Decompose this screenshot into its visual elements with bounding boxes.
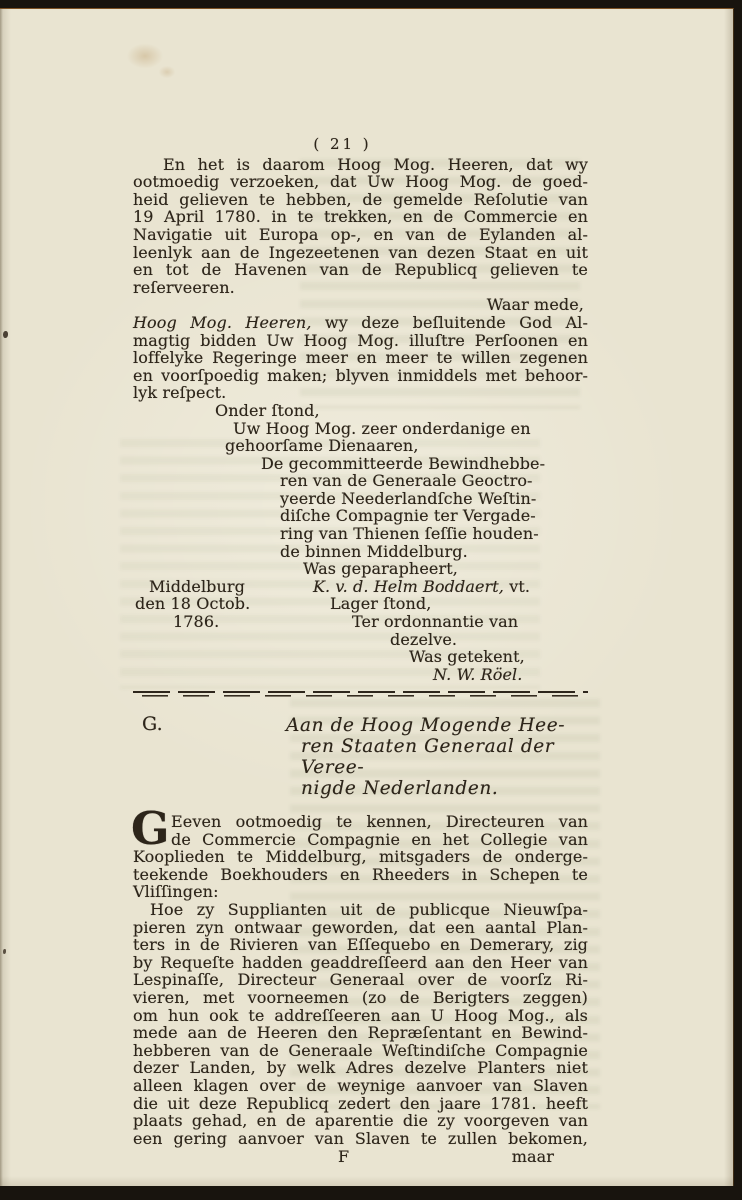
scanned-page: ( 21 ) En het is daarom Hoog Mog. Heeren… <box>0 0 742 1200</box>
text-line: Kooplieden te Middelburg, mitsgaders de … <box>133 848 588 866</box>
text-line: De gecommitteerde Bewindhebbe- <box>261 455 588 473</box>
text-line: heid gelieven te hebben, de gemelde Reſo… <box>133 191 588 209</box>
paragraph-blessing: Hoog Mog. Heeren, wy deze beſluitende Go… <box>133 314 588 402</box>
text-line: en tot de Havenen van de Republicq gelie… <box>133 261 588 279</box>
text-line: de Commercie Compagnie en het Collegie v… <box>133 831 588 849</box>
signatory-name: N. W. Röel. <box>133 666 588 684</box>
section-divider <box>133 691 588 709</box>
text-line: reſerveeren. <box>133 279 588 297</box>
text-line: plaats gehad, en de aparentie die zy voo… <box>133 1112 588 1130</box>
closing-line: gehoorſame Dienaaren, <box>133 437 588 455</box>
closing-phrase: Was getekent, <box>133 648 588 666</box>
text-line: Vliſſingen: <box>133 883 588 901</box>
text-line: 19 April 1780. in te trekken, en de Comm… <box>133 208 588 226</box>
text-line: by Requeſte hadden geaddreſſeerd aan den… <box>133 954 588 972</box>
signature-row: den 18 Octob.Lager ſtond, <box>133 595 588 613</box>
text-line: vieren, met voorneemen (zo de Berigters … <box>133 989 588 1007</box>
text-line: alleen klagen over de weynige aanvoer va… <box>133 1077 588 1095</box>
text-line: hebberen van de Generaale Weſtindiſche C… <box>133 1042 588 1060</box>
text-line: Lespinaſſe, Directeur Generaal over de v… <box>133 971 588 989</box>
signatory-name: K. v. d. Helm Boddaert, <box>313 577 504 596</box>
heading-line: nigde Nederlanden. <box>301 778 588 799</box>
closing-phrase: Was geparapheert, <box>133 560 588 578</box>
signature-mark: F <box>133 1148 349 1166</box>
text-line: lyk reſpect. <box>133 384 588 402</box>
dateline-place: Middelburg <box>133 578 313 596</box>
paper-sheet: ( 21 ) En het is daarom Hoog Mog. Heeren… <box>0 8 734 1186</box>
text-line: Navigatie uit Europa op-, en van de Eyla… <box>133 226 588 244</box>
text-line: yeerde Neederlandſche Weſtin- <box>280 490 588 508</box>
drop-cap: G <box>131 810 170 848</box>
text-segment: wy deze beſluitende God Al- <box>325 313 588 332</box>
section-header: G. Aan de Hoog Mogende Hee- ren Staaten … <box>133 715 588 799</box>
dateline-year: 1786. <box>133 613 352 631</box>
text-line: ren van de Generaale Geoctro- <box>280 472 588 490</box>
catch-line: F maar <box>133 1148 588 1166</box>
signatory: K. v. d. Helm Boddaert, vt. <box>313 577 530 596</box>
dateline-date: den 18 Octob. <box>133 595 330 613</box>
text-line: loffelyke Regeringe meer en meer te will… <box>133 349 588 367</box>
section-letter: G. <box>142 716 163 734</box>
text-line: En het is daarom Hoog Mog. Heeren, dat w… <box>133 156 588 174</box>
heading-line: Aan de Hoog Mogende Hee- <box>286 715 588 736</box>
salutation-italic: Hoog Mog. Heeren, <box>133 313 312 332</box>
text-line: en voorſpoedig maken; blyven inmiddels m… <box>133 367 588 385</box>
text-line: om hun ook te addreſſeeren aan U Hoog Mo… <box>133 1007 588 1025</box>
signature-row: 1786.Ter ordonnantie van <box>133 613 588 631</box>
text-line: de binnen Middelburg. <box>280 543 588 561</box>
signature-row: MiddelburgK. v. d. Helm Boddaert, vt. <box>133 578 588 596</box>
text-line: ring van Thienen ſeſſie houden- <box>280 525 588 543</box>
closing-phrase: Lager ſtond, <box>330 594 431 613</box>
closing-phrase: dezelve. <box>133 631 588 649</box>
text-line: ters in de Rivieren van Eſſequebo en Dem… <box>133 936 588 954</box>
closing-phrase: Ter ordonnantie van <box>352 612 518 631</box>
closing-line: Uw Hoog Mog. zeer onderdanige en <box>133 420 588 438</box>
text-line: diſche Compagnie ter Vergade- <box>280 507 588 525</box>
heading-line: ren Staaten Generaal der Veree- <box>301 736 588 778</box>
text-line: die uit deze Republicq zedert den jaare … <box>133 1095 588 1113</box>
page-blemish <box>3 331 8 338</box>
committee-attribution: De gecommitteerde Bewindhebbe- ren van d… <box>133 455 588 561</box>
text-line: mede aan de Heeren den Repræſentant en B… <box>133 1024 588 1042</box>
text-line: Hoe zy Supplianten uit de publicque Nieu… <box>133 901 588 919</box>
text-column: ( 21 ) En het is daarom Hoog Mog. Heeren… <box>133 9 588 1166</box>
paragraph-petitioners: G Eeven ootmoedig te kennen, Directeuren… <box>133 813 588 901</box>
text-line: Eeven ootmoedig te kennen, Directeuren v… <box>133 813 588 831</box>
text-line: ootmoedig verzoeken, dat Uw Hoog Mog. de… <box>133 173 588 191</box>
catchword: maar <box>512 1148 588 1166</box>
signatory-suffix: vt. <box>509 577 530 596</box>
text-line: teekende Boekhouders en Rheeders in Sche… <box>133 866 588 884</box>
closing-phrase: Onder ſtond, <box>133 402 588 420</box>
text-line: Hoog Mog. Heeren, wy deze beſluitende Go… <box>133 314 588 332</box>
paragraph-petition-body: Hoe zy Supplianten uit de publicque Nieu… <box>133 901 588 1147</box>
text-line: leenlyk aan de Ingezeetenen van dezen St… <box>133 244 588 262</box>
text-line: pieren zyn ontwaar geworden, dat een aan… <box>133 919 588 937</box>
text-line: een gering aanvoer van Slaven te zullen … <box>133 1130 588 1148</box>
text-line: magtig bidden Uw Hoog Mog. illuſtre Perſ… <box>133 332 588 350</box>
closing-phrase: Waar mede, <box>133 296 588 314</box>
address-heading: Aan de Hoog Mogende Hee- ren Staaten Gen… <box>133 715 588 799</box>
text-line: dezer Landen, by welk Adres dezelve Plan… <box>133 1059 588 1077</box>
paragraph-conclusion: En het is daarom Hoog Mog. Heeren, dat w… <box>133 156 588 297</box>
page-number: ( 21 ) <box>133 136 552 154</box>
